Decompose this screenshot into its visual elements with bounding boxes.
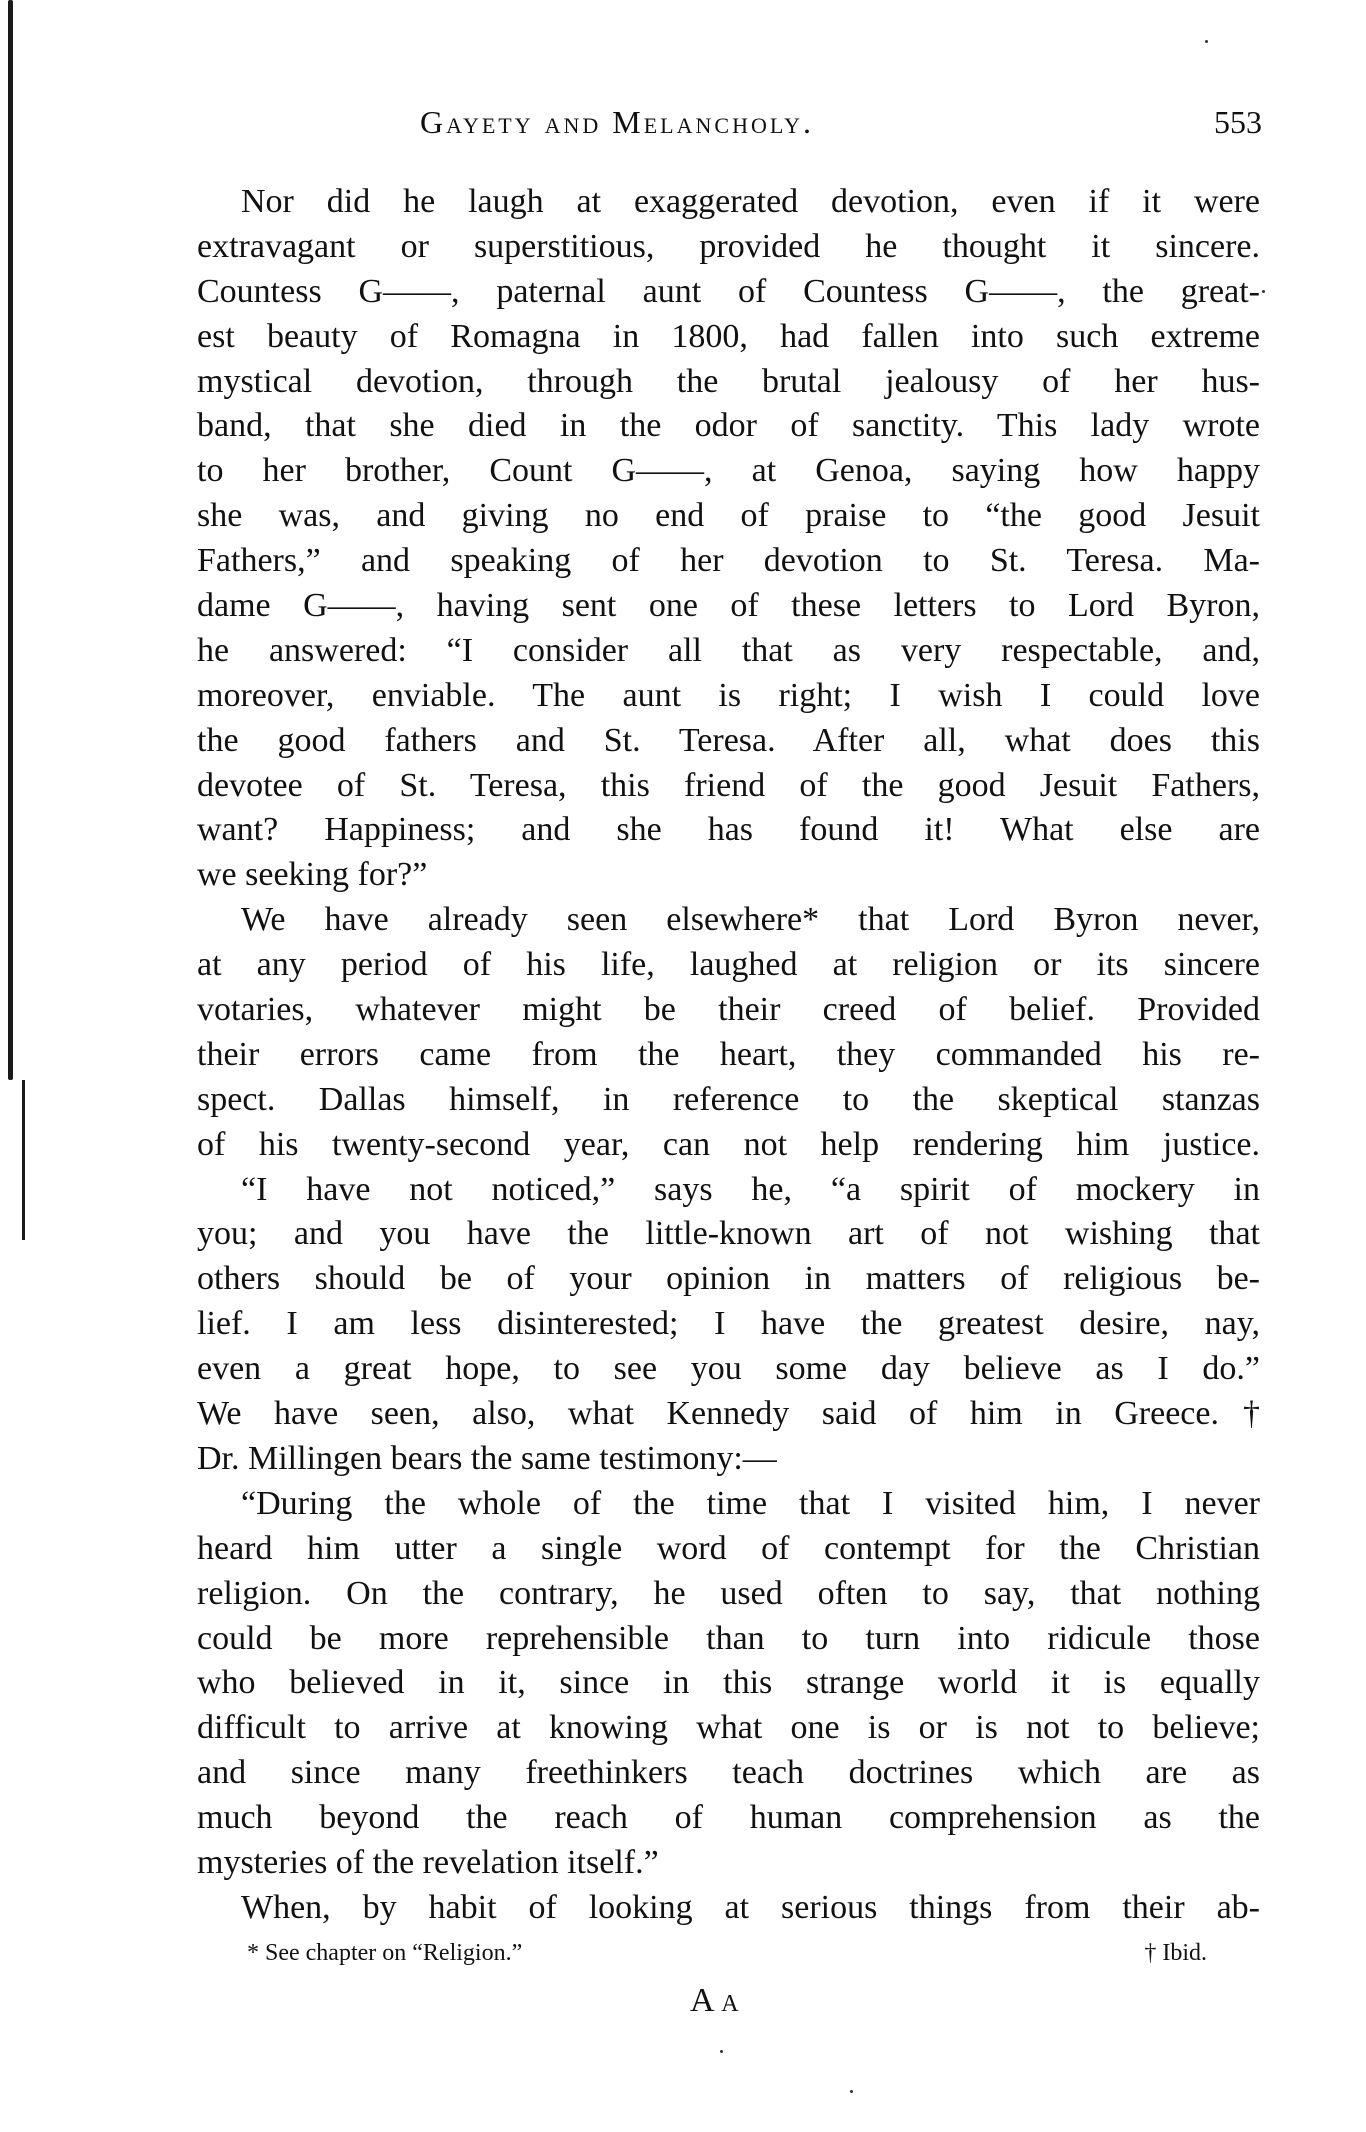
text-line: she was, and giving no end of praise to … [197, 494, 1260, 539]
text-line: We have seen, also, what Kennedy said of… [197, 1392, 1260, 1437]
running-head-title: Gayety and Melancholy. [420, 104, 814, 141]
text-line: we seeking for?” [197, 853, 1260, 898]
scan-edge-line [22, 1080, 25, 1240]
text-line: he answered: “I consider all that as ver… [197, 629, 1260, 674]
text-line: their errors came from the heart, they c… [197, 1033, 1260, 1078]
page-number: 553 [1214, 104, 1262, 141]
text-line: est beauty of Romagna in 1800, had falle… [197, 315, 1260, 360]
signature-small: A [721, 1991, 738, 2017]
text-line: to her brother, Count G——, at Genoa, say… [197, 449, 1260, 494]
text-line: the good fathers and St. Teresa. After a… [197, 719, 1260, 764]
text-line: want? Happiness; and she has found it! W… [197, 808, 1260, 853]
printer-signature: A A [690, 1982, 739, 2020]
footnote-star: * See chapter on “Religion.” [247, 1940, 522, 1967]
text-line: When, by habit of looking at serious thi… [197, 1886, 1260, 1931]
text-line: Fathers,” and speaking of her devotion t… [197, 539, 1260, 584]
text-line: could be more reprehensible than to turn… [197, 1617, 1260, 1662]
text-line: Nor did he laugh at exaggerated devotion… [197, 180, 1260, 225]
text-line: votaries, whatever might be their creed … [197, 988, 1260, 1033]
scan-speck [720, 2050, 723, 2053]
text-line: even a great hope, to see you some day b… [197, 1347, 1260, 1392]
scan-speck [1205, 40, 1208, 43]
text-line: Countess G——, paternal aunt of Countess … [197, 270, 1260, 315]
text-line: devotee of St. Teresa, this friend of th… [197, 764, 1260, 809]
text-line: band, that she died in the odor of sanct… [197, 404, 1260, 449]
text-line: lief. I am less disinterested; I have th… [197, 1302, 1260, 1347]
scan-edge-line [8, 0, 13, 1080]
running-header: Gayety and Melancholy. 553 [420, 104, 1262, 148]
text-line: much beyond the reach of human comprehen… [197, 1796, 1260, 1841]
text-line: of his twenty-second year, can not help … [197, 1123, 1260, 1168]
text-line: moreover, enviable. The aunt is right; I… [197, 674, 1260, 719]
footnotes: * See chapter on “Religion.” † Ibid. [247, 1940, 1247, 1976]
text-line: “I have not noticed,” says he, “a spirit… [197, 1168, 1260, 1213]
signature-large: A [690, 1982, 713, 2019]
text-line: extravagant or superstitious, provided h… [197, 225, 1260, 270]
text-line: mystical devotion, through the brutal je… [197, 360, 1260, 405]
text-line: who believed in it, since in this strang… [197, 1661, 1260, 1706]
body-text: Nor did he laugh at exaggerated devotion… [197, 180, 1260, 1931]
text-line: We have already seen elsewhere* that Lor… [197, 898, 1260, 943]
text-line: “During the whole of the time that I vis… [197, 1482, 1260, 1527]
text-line: you; and you have the little-known art o… [197, 1212, 1260, 1257]
text-line: mysteries of the revelation itself.” [197, 1841, 1260, 1886]
text-line: Dr. Millingen bears the same testimony:— [197, 1437, 1260, 1482]
text-line: difficult to arrive at knowing what one … [197, 1706, 1260, 1751]
text-line: heard him utter a single word of contemp… [197, 1527, 1260, 1572]
text-line: dame G——, having sent one of these lette… [197, 584, 1260, 629]
footnote-dagger: † Ibid. [1144, 1940, 1207, 1967]
scan-speck [850, 2090, 853, 2093]
text-line: and since many freethinkers teach doctri… [197, 1751, 1260, 1796]
text-line: spect. Dallas himself, in reference to t… [197, 1078, 1260, 1123]
scan-speck [1262, 290, 1265, 293]
text-line: religion. On the contrary, he used often… [197, 1572, 1260, 1617]
text-line: others should be of your opinion in matt… [197, 1257, 1260, 1302]
text-line: at any period of his life, laughed at re… [197, 943, 1260, 988]
